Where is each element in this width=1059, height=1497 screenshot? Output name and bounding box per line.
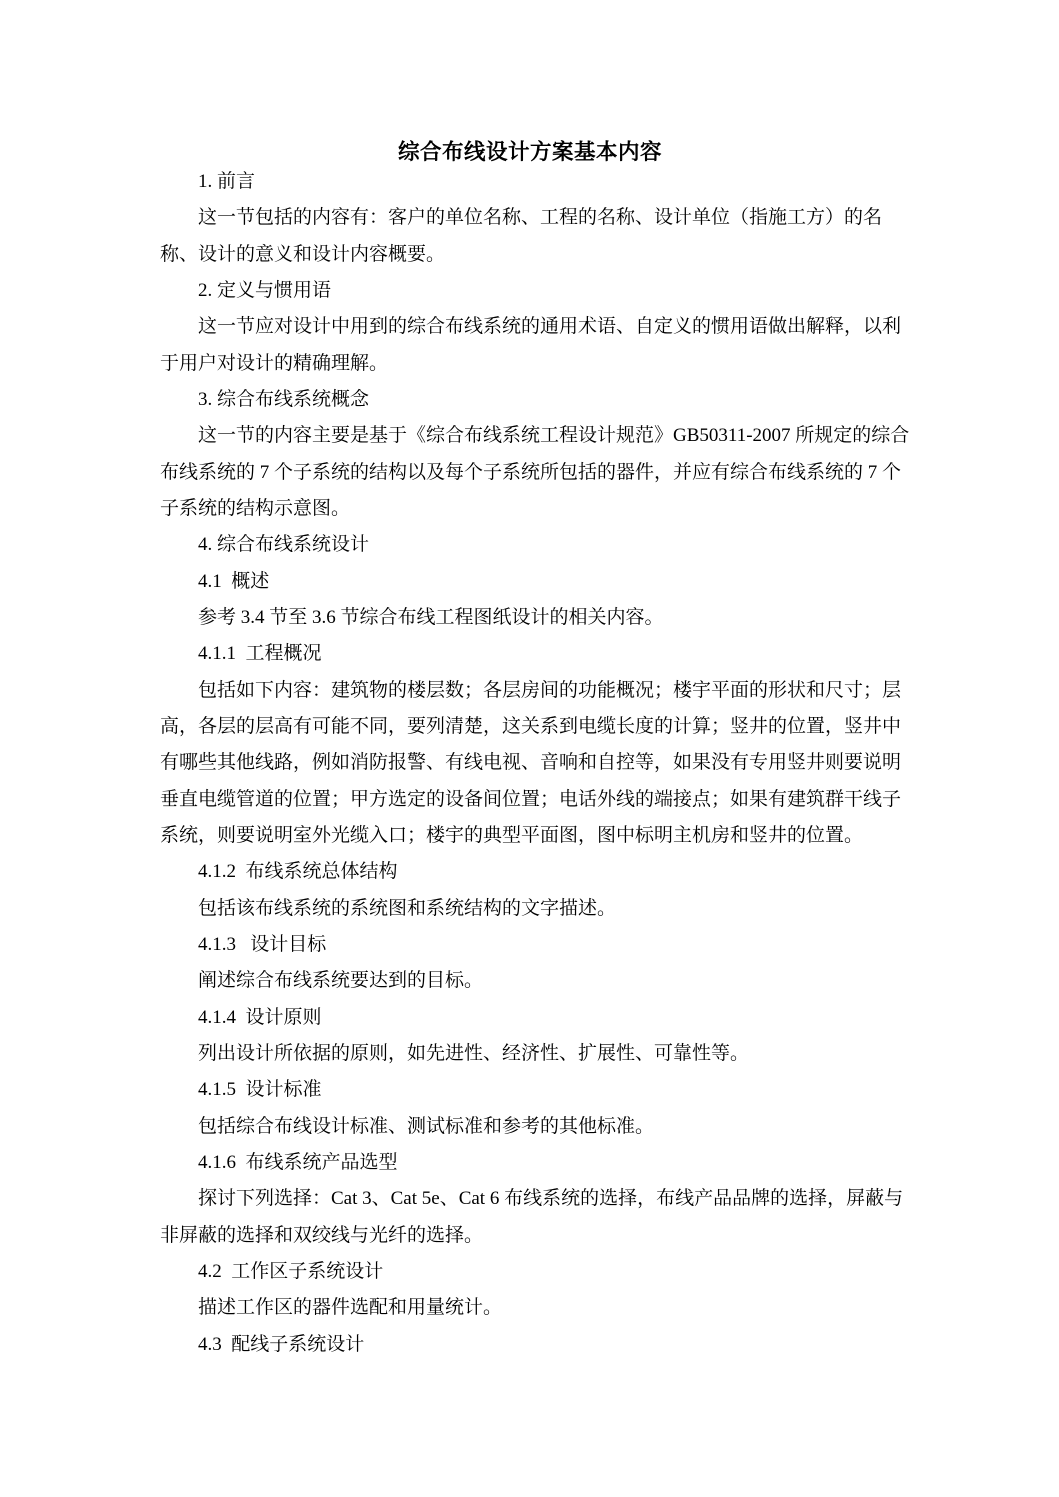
paragraph-text-line: 这一节包括的内容有：客户的单位名称、工程的名称、设计单位（指施工方）的名 xyxy=(160,200,890,236)
paragraph-text-line: 布线系统的 7 个子系统的结构以及每个子系统所包括的器件，并应有综合布线系统的 … xyxy=(160,455,890,491)
section-heading-line: 2. 定义与惯用语 xyxy=(160,273,890,309)
document-page: 综合布线设计方案基本内容 1. 前言这一节包括的内容有：客户的单位名称、工程的名… xyxy=(0,0,1059,1497)
section-heading-line: 4.2 工作区子系统设计 xyxy=(160,1254,890,1290)
paragraph-text-line: 这一节的内容主要是基于《综合布线系统工程设计规范》GB50311-2007 所规… xyxy=(160,418,890,454)
document-body: 1. 前言这一节包括的内容有：客户的单位名称、工程的名称、设计单位（指施工方）的… xyxy=(160,164,890,1363)
paragraph-text-line: 垂直电缆管道的位置；甲方选定的设备间位置；电话外线的端接点；如果有建筑群干线子 xyxy=(160,782,890,818)
section-heading-line: 4.1.3 设计目标 xyxy=(160,927,890,963)
section-heading-line: 3. 综合布线系统概念 xyxy=(160,382,890,418)
section-heading-line: 4.1.5 设计标准 xyxy=(160,1072,890,1108)
section-heading-line: 4.1.2 布线系统总体结构 xyxy=(160,854,890,890)
paragraph-text-line: 称、设计的意义和设计内容概要。 xyxy=(160,237,890,273)
paragraph-text-line: 有哪些其他线路，例如消防报警、有线电视、音响和自控等，如果没有专用竖井则要说明 xyxy=(160,745,890,781)
paragraph-text-line: 系统，则要说明室外光缆入口；楼宇的典型平面图，图中标明主机房和竖井的位置。 xyxy=(160,818,890,854)
section-heading-line: 4.1.4 设计原则 xyxy=(160,1000,890,1036)
paragraph-text-line: 非屏蔽的选择和双绞线与光纤的选择。 xyxy=(160,1218,890,1254)
paragraph-text-line: 阐述综合布线系统要达到的目标。 xyxy=(160,963,890,999)
paragraph-text-line: 子系统的结构示意图。 xyxy=(160,491,890,527)
paragraph-text-line: 高，各层的层高有可能不同，要列清楚，这关系到电缆长度的计算；竖井的位置，竖井中 xyxy=(160,709,890,745)
section-heading-line: 1. 前言 xyxy=(160,164,890,200)
paragraph-text-line: 包括该布线系统的系统图和系统结构的文字描述。 xyxy=(160,891,890,927)
paragraph-text-line: 这一节应对设计中用到的综合布线系统的通用术语、自定义的惯用语做出解释，以利 xyxy=(160,309,890,345)
section-heading-line: 4.1.1 工程概况 xyxy=(160,636,890,672)
paragraph-text-line: 描述工作区的器件选配和用量统计。 xyxy=(160,1290,890,1326)
paragraph-text-line: 列出设计所依据的原则，如先进性、经济性、扩展性、可靠性等。 xyxy=(160,1036,890,1072)
section-heading-line: 4.1 概述 xyxy=(160,564,890,600)
paragraph-text-line: 包括如下内容：建筑物的楼层数；各层房间的功能概况；楼宇平面的形状和尺寸；层 xyxy=(160,673,890,709)
section-heading-line: 4.3 配线子系统设计 xyxy=(160,1327,890,1363)
section-heading-line: 4.1.6 布线系统产品选型 xyxy=(160,1145,890,1181)
paragraph-text-line: 探讨下列选择：Cat 3、Cat 5e、Cat 6 布线系统的选择，布线产品品牌… xyxy=(160,1181,890,1217)
paragraph-text-line: 于用户对设计的精确理解。 xyxy=(160,346,890,382)
section-heading-line: 4. 综合布线系统设计 xyxy=(160,527,890,563)
paragraph-text-line: 包括综合布线设计标准、测试标准和参考的其他标准。 xyxy=(160,1109,890,1145)
paragraph-text-line: 参考 3.4 节至 3.6 节综合布线工程图纸设计的相关内容。 xyxy=(160,600,890,636)
